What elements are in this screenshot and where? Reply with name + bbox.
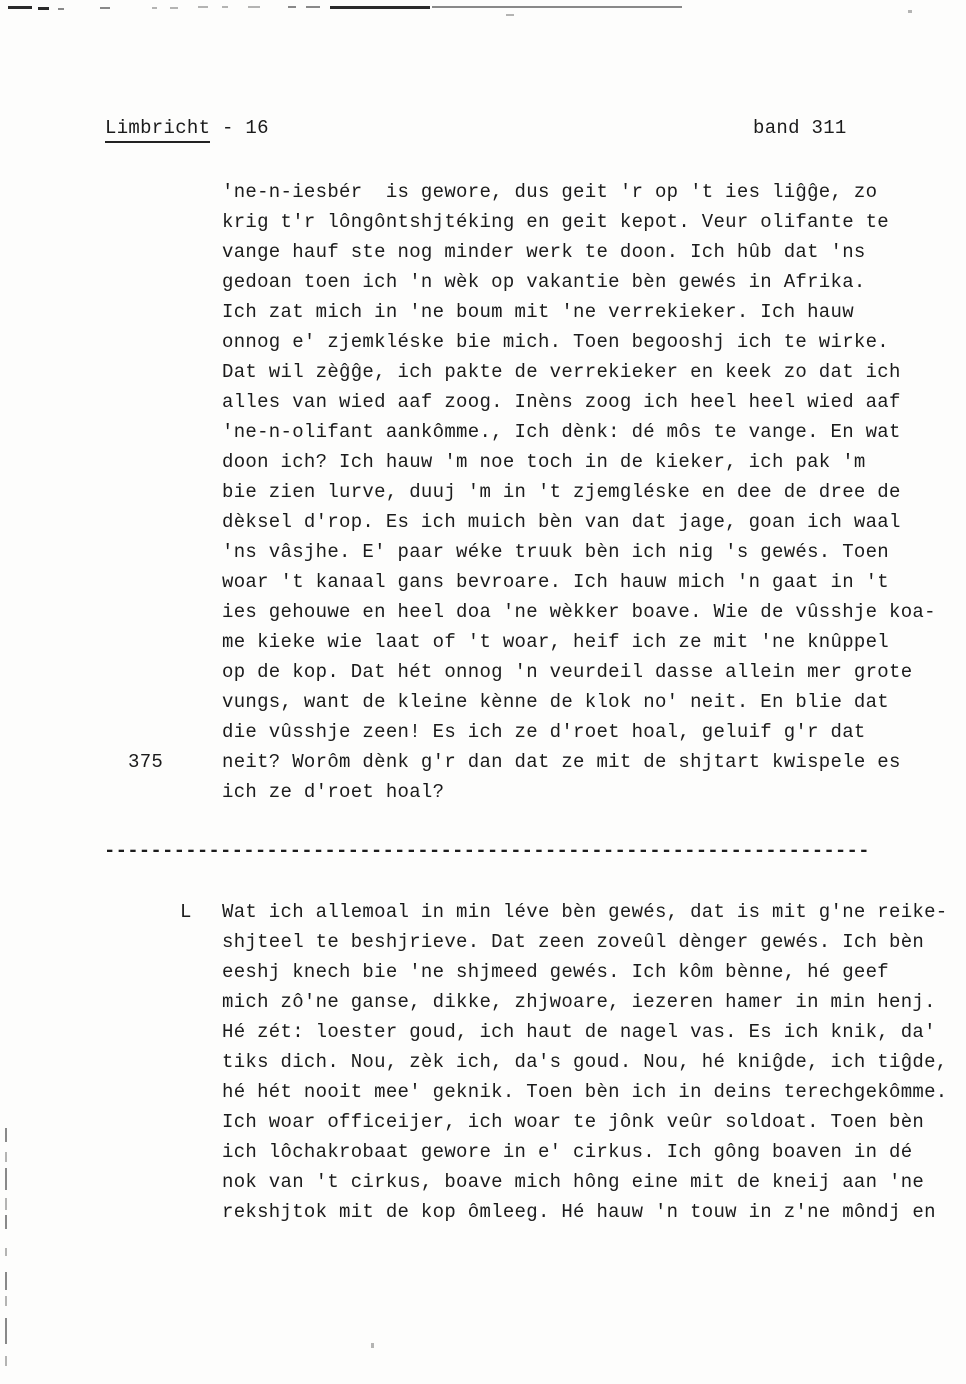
scan-artifact-left-mark: [5, 1272, 7, 1290]
scan-artifact-top-dash: [58, 8, 64, 10]
transcript-line: 'ne-n-olifant aankômme., Ich dènk: dé mô…: [222, 417, 912, 447]
transcript-line: ies gehouwe en heel doa 'ne wèkker boave…: [222, 597, 912, 627]
transcript-line: shjteel te beshjrieve. Dat zeen zoveûl d…: [222, 927, 922, 957]
scan-artifact-left-mark: [5, 1168, 7, 1190]
margin-line-number: 375: [128, 747, 163, 777]
scan-artifact-top-dot: [908, 10, 912, 13]
scan-artifact-top-dash: [38, 7, 49, 10]
scan-artifact-left-mark: [5, 1215, 7, 1229]
scan-artifact-top-dots: [198, 6, 208, 8]
transcript-line: dèksel d'rop. Es ich muich bèn van dat j…: [222, 507, 912, 537]
scan-artifact-speck: [371, 1343, 374, 1348]
transcript-line: Ich woar officeijer, ich woar te jônk ve…: [222, 1107, 922, 1137]
scan-artifact-top-line: [330, 6, 430, 9]
transcript-line: rekshjtok mit de kop ômleeg. Hé hauw 'n …: [222, 1197, 922, 1227]
transcript-line: Wat ich allemoal in min léve bèn gewés, …: [222, 897, 922, 927]
transcript-line: die vûsshje zeen! Es ich ze d'roet hoal,…: [222, 717, 912, 747]
scan-artifact-left-mark: [5, 1128, 7, 1142]
separator-line: ----------------------------------------…: [104, 836, 894, 866]
speaker-label: L: [180, 897, 192, 927]
scan-artifact-top-dash: [306, 6, 320, 8]
scan-artifact-top-dots: [170, 7, 178, 9]
transcript-line: Ich zat mich in 'ne boum mit 'ne verreki…: [222, 297, 912, 327]
transcript-line: ich lôchakrobaat gewore in e' cirkus. Ic…: [222, 1137, 922, 1167]
transcript-line: gedoan toen ich 'n wèk op vakantie bèn g…: [222, 267, 912, 297]
transcript-line: hé hét nooit mee' geknik. Toen bèn ich i…: [222, 1077, 922, 1107]
scan-artifact-left-mark: [5, 1318, 7, 1344]
scan-artifact-left-mark: [5, 1198, 7, 1210]
scan-artifact-left-mark: [5, 1152, 7, 1162]
transcript-line: nok van 't cirkus, boave mich hông eine …: [222, 1167, 922, 1197]
page-title: Limbricht - 16: [105, 113, 269, 143]
transcript-line: 'ne-n-iesbér is gewore, dus geit 'r op '…: [222, 177, 912, 207]
page-title-place: Limbricht: [105, 117, 210, 143]
band-label: band 311: [753, 113, 847, 143]
transcript-line: op de kop. Dat hét onnog 'n veurdeil das…: [222, 657, 912, 687]
transcript-line: bie zien lurve, duuj 'm in 't zjemgléske…: [222, 477, 912, 507]
scan-artifact-top-dash: [8, 6, 32, 9]
scan-artifact-left-mark: [5, 1248, 7, 1256]
transcript-line: me kieke wie laat of 't woar, heif ich z…: [222, 627, 912, 657]
transcript-block-1: 'ne-n-iesbér is gewore, dus geit 'r op '…: [222, 177, 912, 807]
scan-artifact-top-dash: [288, 6, 296, 8]
scan-artifact-top-dots: [222, 6, 228, 8]
scan-artifact-top-dash: [100, 7, 110, 9]
transcript-line: vungs, want de kleine kènne de klok no' …: [222, 687, 912, 717]
scan-artifact-top-dots: [152, 7, 157, 9]
scan-artifact-left-mark: [5, 1296, 7, 1306]
scan-artifact-top-dash: [506, 14, 514, 16]
transcript-line: krig t'r lôngôntshjtéking en geit kepot.…: [222, 207, 912, 237]
page-title-suffix: - 16: [210, 117, 269, 139]
document-page: Limbricht - 16 band 311 'ne-n-iesbér is …: [0, 0, 966, 1384]
transcript-line: doon ich? Ich hauw 'm noe toch in de kie…: [222, 447, 912, 477]
scan-artifact-left-mark: [5, 1356, 7, 1366]
transcript-line: vange hauf ste nog minder werk te doon. …: [222, 237, 912, 267]
transcript-line: alles van wied aaf zoog. Inèns zoog ich …: [222, 387, 912, 417]
transcript-line: onnog e' zjemkléske bie mich. Toen begoo…: [222, 327, 912, 357]
transcript-line: ich ze d'roet hoal?: [222, 777, 912, 807]
scan-artifact-top-line: [432, 6, 682, 8]
transcript-line: mich zô'ne ganse, dikke, zhjwoare, iezer…: [222, 987, 922, 1017]
transcript-line: Dat wil zèĝĝe, ich pakte de verrekieker …: [222, 357, 912, 387]
transcript-block-2: Wat ich allemoal in min léve bèn gewés, …: [222, 897, 922, 1227]
scan-artifact-top-dots: [248, 6, 260, 8]
transcript-line: Hé zét: loester goud, ich haut de nagel …: [222, 1017, 922, 1047]
transcript-line: woar 't kanaal gans bevroare. Ich hauw m…: [222, 567, 912, 597]
transcript-line: tiks dich. Nou, zèk ich, da's goud. Nou,…: [222, 1047, 922, 1077]
transcript-line: neit? Worôm dènk g'r dan dat ze mit de s…: [222, 747, 912, 777]
transcript-line: 'ns vâsjhe. E' paar wéke truuk bèn ich n…: [222, 537, 912, 567]
transcript-line: eeshj knech bie 'ne shjmeed gewés. Ich k…: [222, 957, 922, 987]
